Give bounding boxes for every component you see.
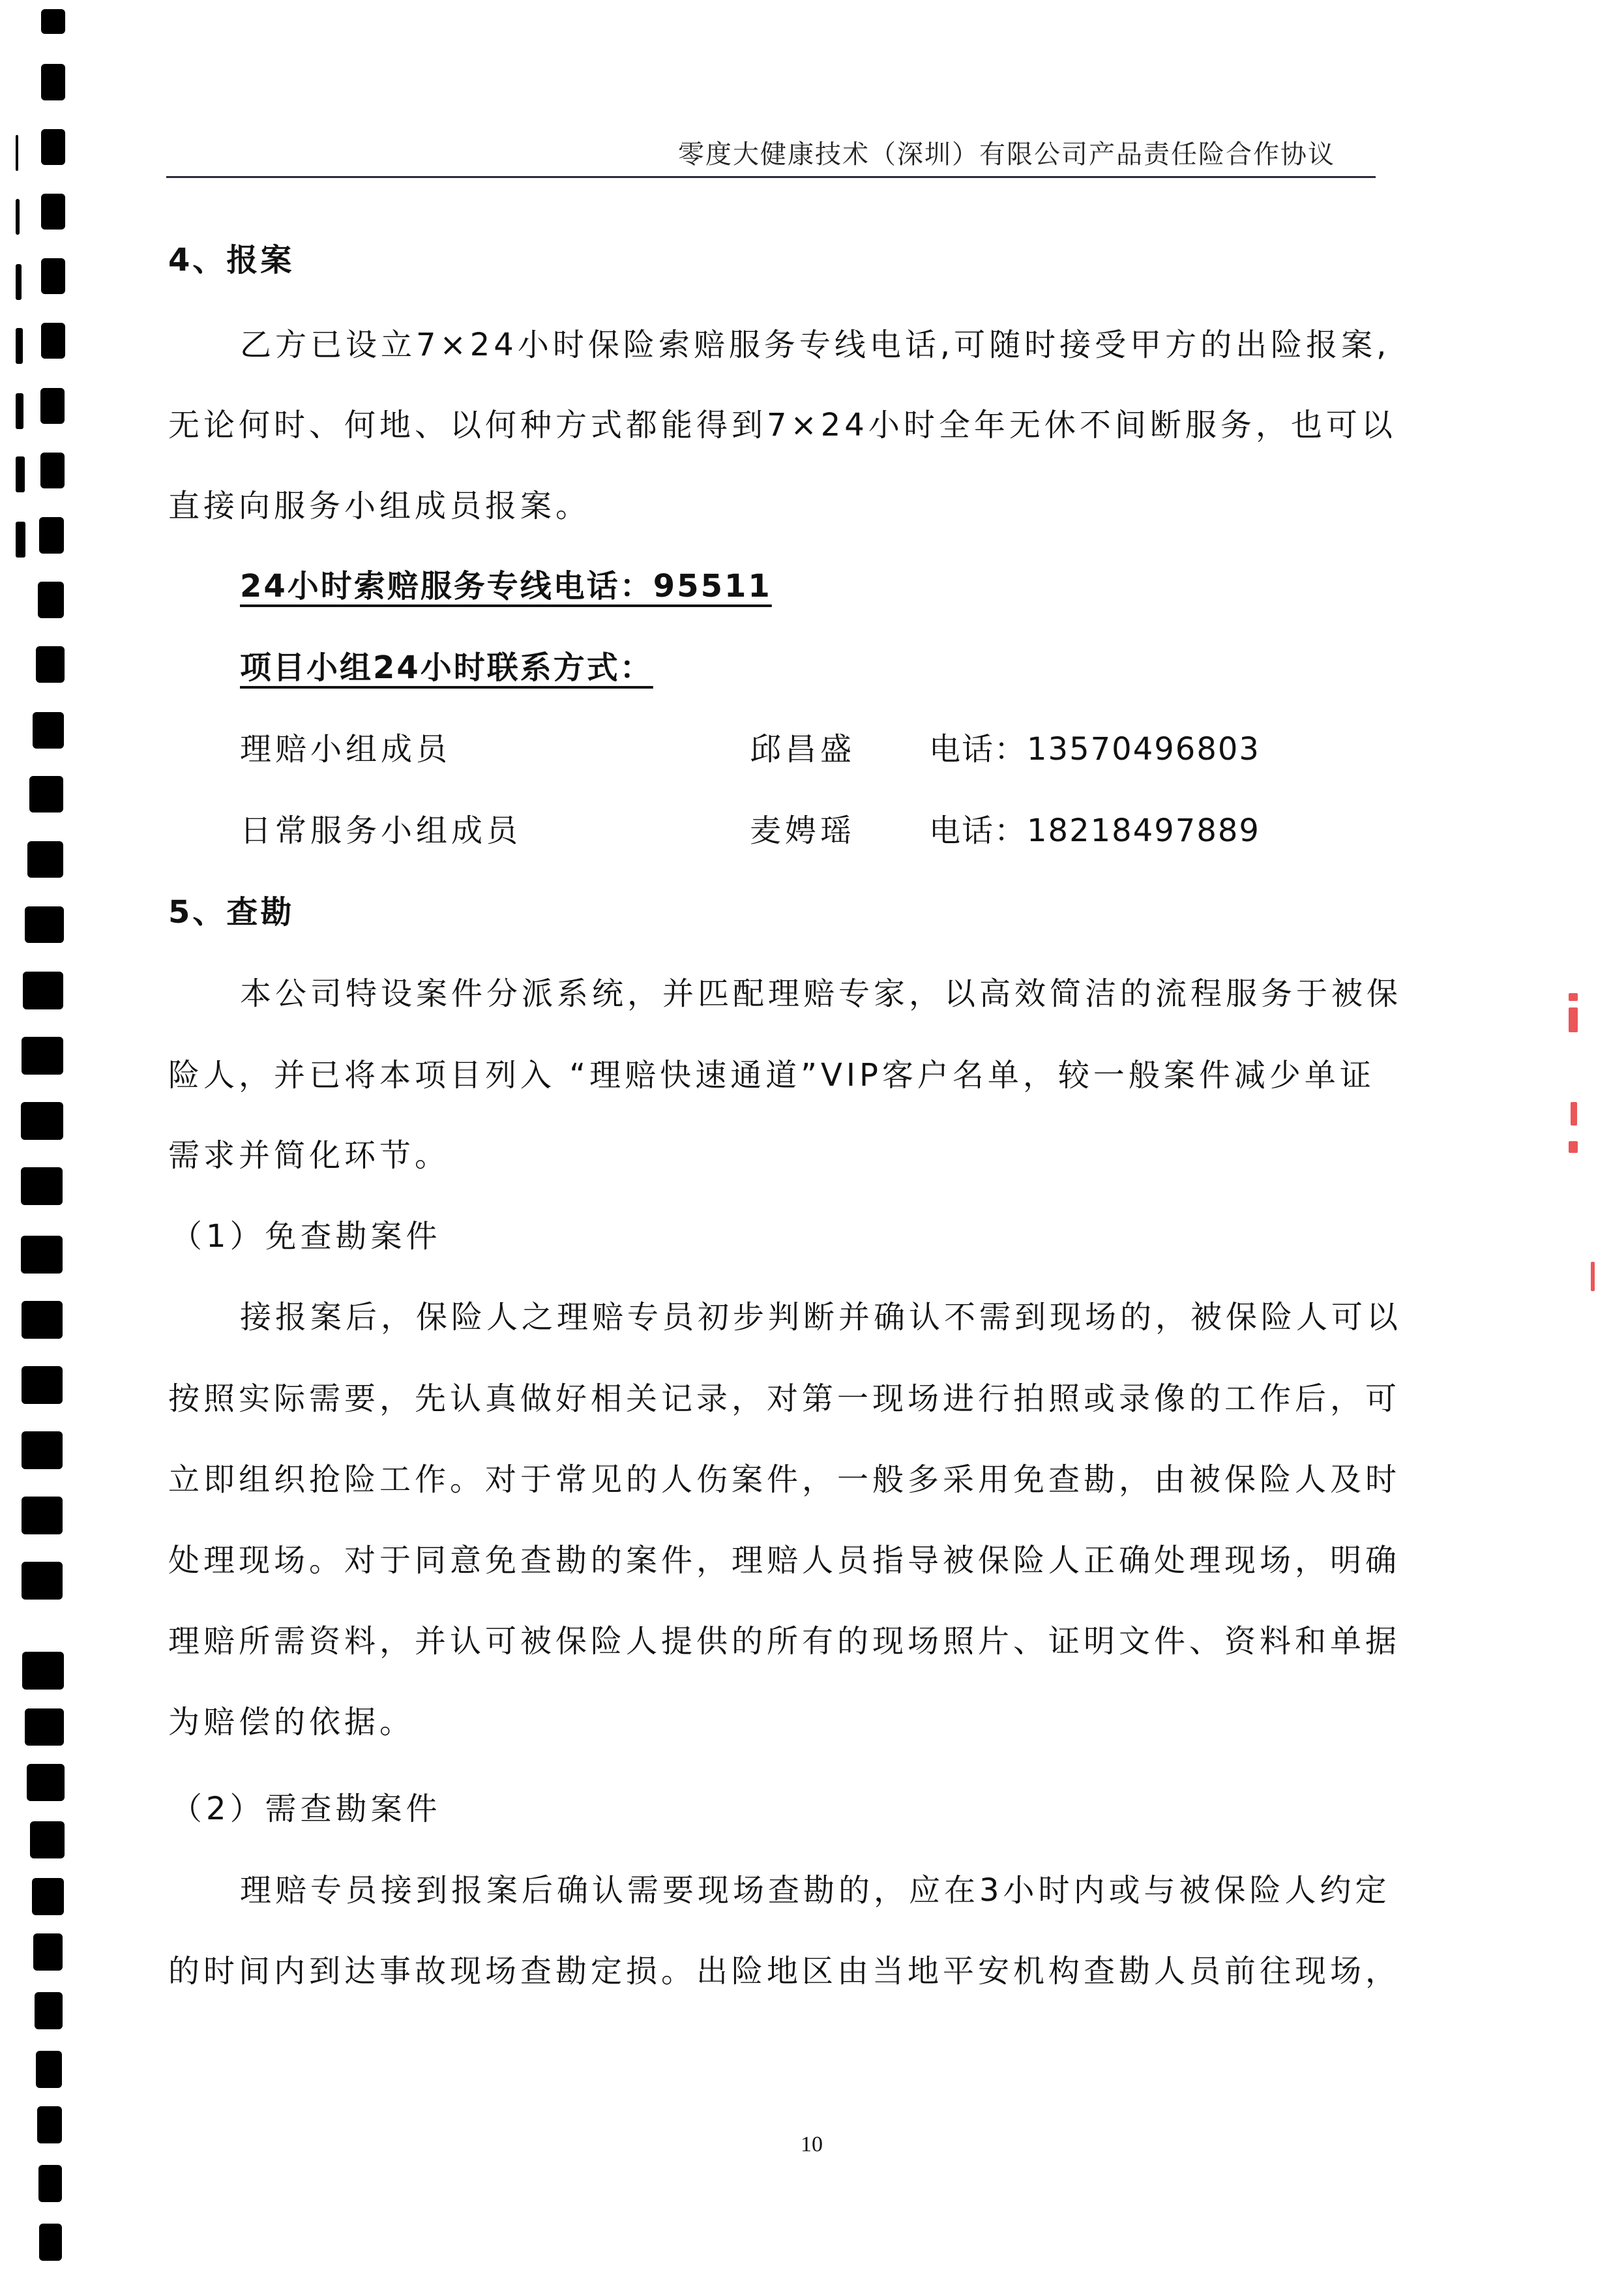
paragraph-line: 处理现场。对于同意免查勘的案件，理赔人员指导被保险人正确处理现场，明确 [168,1535,1400,1580]
paragraph-line: 本公司特设案件分派系统，并匹配理赔专家，以高效简洁的流程服务于被保 [240,968,1402,1013]
binding-strip [16,522,25,558]
paragraph-line: 按照实际需要，先认真做好相关记录，对第一现场进行拍照或录像的工作后，可 [168,1373,1400,1418]
contact-phone: 电话：18218497889 [929,805,1260,850]
binding-hole [39,2224,62,2261]
paragraph-line: 理赔所需资料，并认可被保险人提供的所有的现场照片、证明文件、资料和单据 [168,1616,1400,1661]
binding-strip [16,328,23,364]
binding-hole [30,1821,65,1858]
binding-hole [38,2165,62,2202]
binding-strip [16,393,23,429]
binding-hole [21,1236,63,1274]
contact-role: 日常服务小组成员 [240,805,522,850]
contact-heading: 项目小组24小时联系方式： [240,642,653,687]
binding-hole [35,1992,63,2029]
binding-hole [41,9,65,34]
binding-hole [36,2051,62,2088]
binding-hole [37,2106,62,2143]
binding-hole [22,1652,64,1690]
paragraph-line: 险人，并已将本项目列入 “理赔快速通道”VIP客户名单，较一般案件减少单证 [168,1050,1375,1095]
header-rule [166,176,1376,178]
binding-hole [22,1562,63,1600]
paragraph-line: 理赔专员接到报案后确认需要现场查勘的，应在3小时内或与被保险人约定 [240,1865,1391,1910]
section-heading-report: 4、报案 [168,235,294,280]
page-number: 10 [801,2132,823,2157]
binding-hole [36,646,65,683]
section-heading-survey: 5、查勘 [168,887,294,932]
binding-strip [16,199,20,235]
binding-hole [40,453,65,488]
paragraph-line: 乙方已设立7×24小时保险索赔服务专线电话,可随时接受甲方的出险报案, [240,320,1390,365]
contact-phone: 电话：13570496803 [929,724,1260,769]
binding-hole [21,1167,63,1205]
paragraph-line: 需求并简化环节。 [168,1130,450,1175]
binding-hole [39,517,64,554]
binding-strip [16,264,22,300]
paragraph-line: 为赔偿的依据。 [168,1697,415,1742]
paragraph-line: 的时间内到达事故现场查勘定损。出险地区由当地平安机构查勘人员前往现场， [168,1946,1400,1991]
binding-hole [25,906,64,943]
paragraph-line: 无论何时、何地、以何种方式都能得到7×24小时全年无休不间断服务，也可以 [168,400,1397,445]
subsection-heading: （1）免查勘案件 [171,1211,441,1256]
binding-strip [16,135,18,171]
contact-name: 麦娉瑶 [750,805,855,850]
document-header-title: 零度大健康技术（深圳）有限公司产品责任险合作协议 [678,134,1335,171]
binding-hole [41,64,65,100]
binding-hole [38,582,64,618]
binding-hole [27,841,63,878]
paragraph-line: 直接向服务小组成员报案。 [168,481,591,526]
binding-hole [22,1037,63,1075]
binding-hole [33,712,64,749]
binding-hole [23,972,63,1009]
binding-hole [22,1366,63,1404]
binding-strip [16,456,25,492]
claims-hotline: 24小时索赔服务专线电话：95511 [240,561,772,606]
binding-hole [41,258,65,294]
binding-hole [41,194,65,230]
contact-role: 理赔小组成员 [240,724,451,769]
paragraph-line: 接报案后，保险人之理赔专员初步判断并确认不需到现场的，被保险人可以 [240,1292,1402,1337]
binding-hole [22,1431,63,1469]
binding-hole [40,388,65,424]
paragraph-line: 立即组织抢险工作。对于常见的人伤案件，一般多采用免查勘，由被保险人及时 [168,1454,1400,1499]
binding-hole [41,323,65,359]
binding-hole [32,1878,64,1915]
binding-hole [29,776,63,813]
binding-hole [33,1933,63,1971]
binding-hole [22,1301,63,1339]
binding-hole [27,1764,65,1801]
binding-hole [21,1102,63,1140]
binding-hole [41,129,65,165]
binding-hole [25,1708,64,1746]
subsection-heading: （2）需查勘案件 [171,1783,441,1828]
binding-hole [22,1497,63,1534]
contact-name: 邱昌盛 [750,724,855,769]
